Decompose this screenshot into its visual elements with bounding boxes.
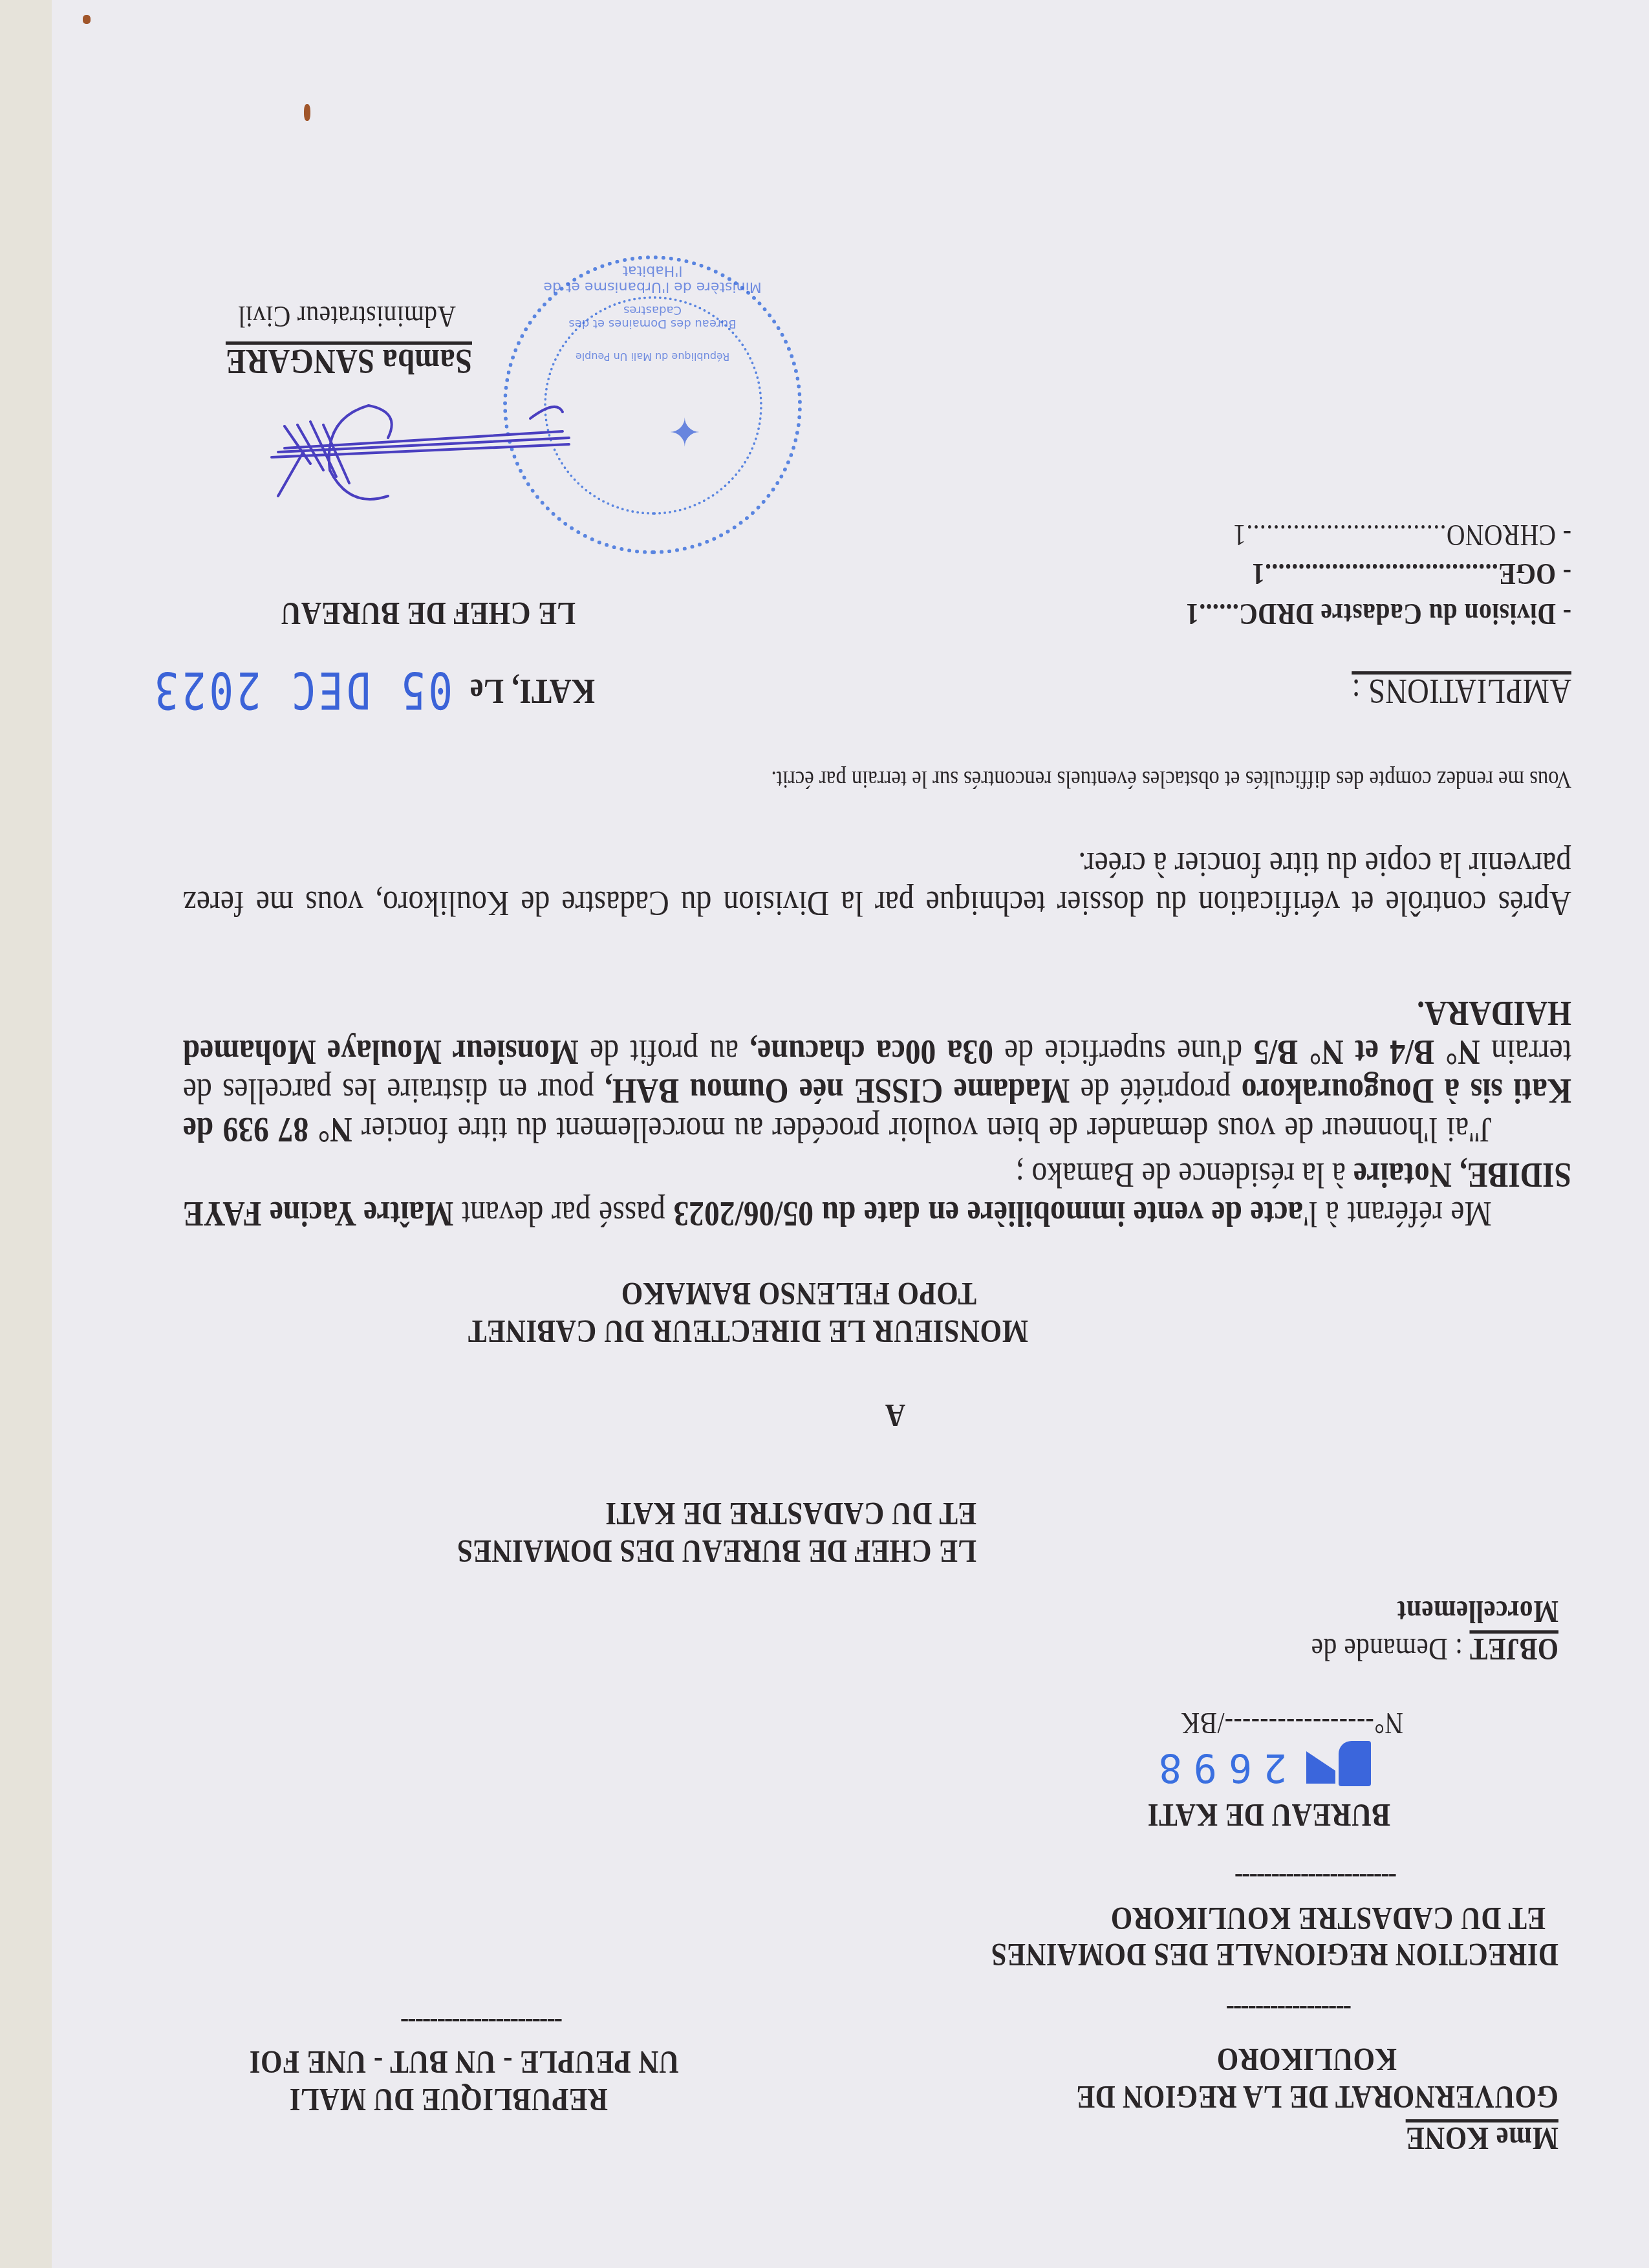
- left-header-bureau: BUREAU DE KATI: [1147, 1797, 1390, 1833]
- letter-page: Mme KONE GOUVERNORAT DE LA REGION DE KOU…: [52, 0, 1649, 2268]
- p2-text: J''ai l'honneur de vous demander de bien…: [352, 1110, 1492, 1149]
- addressee-line-1: MONSIEUR LE DIRECTEUR DU CABINET: [468, 1313, 1028, 1350]
- p1-text: à la résidence de Bamako ;: [1015, 1156, 1353, 1194]
- stamp-block-icon: [1306, 1751, 1335, 1784]
- signatory-title: LE CHEF DE BUREAU: [281, 596, 576, 632]
- p2-parcels: N° B/4 et N° B/5: [1253, 1033, 1480, 1072]
- place-date-label: KATI, Le: [469, 673, 595, 709]
- p1-deed-date: acte de vente immobilière en date du 05/…: [674, 1194, 1304, 1233]
- ampliation-item: - OGE...................................…: [1251, 556, 1571, 592]
- p2-text: au profit de: [579, 1033, 750, 1072]
- reference-number: N°-----------------/BK: [1181, 1705, 1403, 1741]
- body-paragraph-2: J''ai l'honneur de vous demander de bien…: [183, 994, 1571, 1149]
- ampliations-title: AMPLIATIONS :: [1352, 673, 1571, 709]
- ampliation-item: - CHRONO..............................1: [1233, 517, 1571, 553]
- objet-line-1: OBJET : Demande de: [1311, 1630, 1558, 1667]
- recipient-top-label: Mme KONE: [1406, 2121, 1558, 2157]
- seal-outer-text: Ministère de l'Urbanisme et de l'Habitat: [520, 263, 785, 295]
- rust-mark: [83, 15, 91, 24]
- seal-middle-text: Bureau des Domaines et des Cadastres: [546, 303, 759, 330]
- p1-text: Me référant à l': [1303, 1194, 1492, 1233]
- body-paragraph-4: Vous me rendez compte des difficultés et…: [771, 765, 1571, 794]
- date-stamp: 05 DEC 2023: [151, 660, 453, 718]
- p2-text: d'une superficie de: [993, 1033, 1254, 1072]
- body-paragraph-1: Me référant à l'acte de vente immobilièr…: [183, 1156, 1571, 1233]
- right-header-devise: UN PEUPLE - UN BUT - UNE FOI: [249, 2044, 679, 2080]
- p2-area: 03a 00ca chacune,: [749, 1033, 993, 1072]
- objet-label: OBJET: [1469, 1632, 1558, 1666]
- registration-number: 2698: [1147, 1745, 1288, 1790]
- sender-title-line-1: LE CHEF DE BUREAU DES DOMAINES: [457, 1533, 976, 1570]
- p1-text: passé par devant: [453, 1194, 673, 1233]
- rust-mark: [304, 104, 310, 121]
- left-header-cadastre: ET DU CADASTRE KOULIKORO: [1110, 1901, 1546, 1937]
- addressee-line-2: TOPO FELENSO BAMAKO: [621, 1276, 976, 1312]
- handwritten-signature: [246, 386, 582, 535]
- registration-stamp: 2698: [1009, 1734, 1371, 1793]
- signatory-role: Administrateur Civil: [238, 298, 456, 334]
- left-header-gouvernorat: GOUVERNORAT DE LA REGION DE: [1076, 2079, 1558, 2115]
- seal-emblem-icon: ✦: [669, 408, 701, 453]
- ampliation-item: - Division du Cadastre DRDC......1: [1186, 596, 1571, 632]
- addressee-marker: A: [885, 1398, 905, 1434]
- sender-title-line-2: ET DU CADASTRE DE KATI: [605, 1496, 976, 1532]
- signatory-name: Samba SANGARE: [226, 343, 472, 380]
- left-header-separator-1: -----------------: [1227, 1994, 1352, 2025]
- right-header-republique: REPUBLIQUE DU MALI: [289, 2082, 608, 2118]
- left-header-separator-2: ----------------------: [1236, 1863, 1397, 1893]
- stamp-block-icon: [1339, 1741, 1371, 1786]
- left-header-koulikoro: KOULIKORO: [1216, 2042, 1397, 2078]
- objet-line-2: Morcellement: [1397, 1593, 1558, 1629]
- objet-text: : Demande de: [1311, 1632, 1462, 1666]
- seal-inner-text: République du Mali Un Peuple: [572, 351, 733, 363]
- right-header-separator: ----------------------: [402, 2007, 563, 2038]
- body-paragraph-3: Aprés contrôle et vérification du dossie…: [183, 845, 1571, 923]
- left-header-direction: DIRECTION REGIONALE DES DOMAINES: [991, 1937, 1558, 1973]
- p2-owner: Madame CISSE née Oumou BAH,: [605, 1072, 1070, 1110]
- p2-text: propriété de: [1070, 1072, 1241, 1110]
